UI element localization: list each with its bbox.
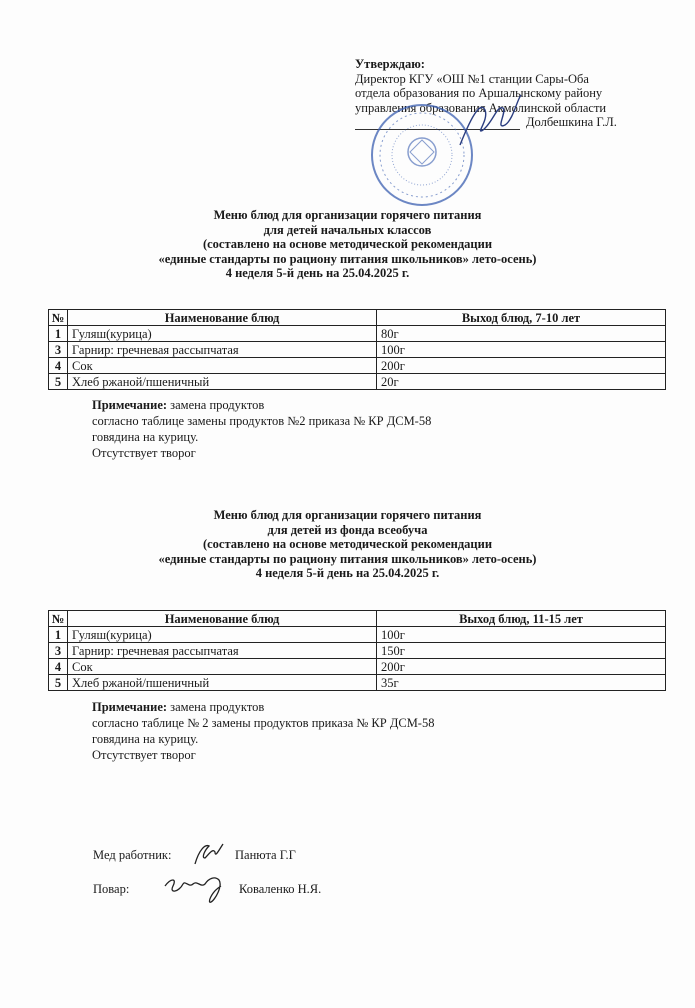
medic-signature-row: Мед работник: Панюта Г.Г: [93, 840, 296, 870]
cook-signature-row: Повар: Коваленко Н.Я.: [93, 872, 321, 906]
table-row: 5 Хлеб ржаной/пшеничный 35г: [49, 675, 666, 691]
dish-output: 100г: [377, 342, 666, 358]
dish-name: Гуляш(курица): [68, 627, 377, 643]
row-number: 1: [49, 627, 68, 643]
medic-name: Панюта Г.Г: [235, 848, 296, 862]
approval-title: Утверждаю:: [355, 57, 645, 72]
row-number: 1: [49, 326, 68, 342]
table-header-row: № Наименование блюд Выход блюд, 7-10 лет: [49, 310, 666, 326]
medic-signature-icon: [191, 840, 227, 870]
heading-line: Меню блюд для организации горячего питан…: [0, 208, 695, 223]
note-line: согласно таблице № 2 замены продуктов пр…: [92, 715, 434, 731]
column-header-dish: Наименование блюд: [68, 310, 377, 326]
note-text: замена продуктов: [167, 398, 264, 412]
dish-output: 20г: [377, 374, 666, 390]
cook-signature-icon: [161, 872, 231, 906]
menu1-table: № Наименование блюд Выход блюд, 7-10 лет…: [48, 309, 666, 390]
table-row: 3 Гарнир: гречневая рассыпчатая 150г: [49, 643, 666, 659]
table-row: 1 Гуляш(курица) 80г: [49, 326, 666, 342]
menu2-note: Примечание: замена продуктов согласно та…: [92, 699, 434, 763]
dish-output: 80г: [377, 326, 666, 342]
column-header-output: Выход блюд, 7-10 лет: [377, 310, 666, 326]
director-name: Долбешкина Г.Л.: [526, 115, 617, 130]
heading-line: 4 неделя 5-й день на 25.04.2025 г.: [0, 266, 695, 281]
note-line: говядина на курицу.: [92, 731, 434, 747]
note-text: замена продуктов: [167, 700, 264, 714]
heading-line: для детей начальных классов: [0, 223, 695, 238]
heading-line: для детей из фонда всеобуча: [0, 523, 695, 538]
row-number: 4: [49, 659, 68, 675]
row-number: 3: [49, 643, 68, 659]
row-number: 4: [49, 358, 68, 374]
note-label: Примечание:: [92, 700, 167, 714]
menu1-heading: Меню блюд для организации горячего питан…: [0, 208, 695, 281]
dish-name: Гуляш(курица): [68, 326, 377, 342]
note-line: согласно таблице замены продуктов №2 при…: [92, 413, 431, 429]
heading-line: (составлено на основе методической реком…: [0, 237, 695, 252]
dish-name: Гарнир: гречневая рассыпчатая: [68, 643, 377, 659]
approval-line: Директор КГУ «ОШ №1 станции Сары-Оба: [355, 72, 645, 87]
cook-role: Повар:: [93, 882, 161, 896]
dish-name: Сок: [68, 659, 377, 675]
row-number: 5: [49, 374, 68, 390]
column-header-output: Выход блюд, 11-15 лет: [377, 611, 666, 627]
dish-name: Хлеб ржаной/пшеничный: [68, 675, 377, 691]
table-row: 1 Гуляш(курица) 100г: [49, 627, 666, 643]
director-signature-icon: [455, 90, 525, 150]
heading-line: «единые стандарты по рациону питания шко…: [0, 552, 695, 567]
column-header-number: №: [49, 310, 68, 326]
menu2-table: № Наименование блюд Выход блюд, 11-15 ле…: [48, 610, 666, 691]
dish-output: 35г: [377, 675, 666, 691]
cook-name: Коваленко Н.Я.: [239, 882, 321, 896]
heading-line: 4 неделя 5-й день на 25.04.2025 г.: [0, 566, 695, 581]
column-header-number: №: [49, 611, 68, 627]
dish-name: Гарнир: гречневая рассыпчатая: [68, 342, 377, 358]
table-row: 5 Хлеб ржаной/пшеничный 20г: [49, 374, 666, 390]
dish-output: 200г: [377, 358, 666, 374]
row-number: 3: [49, 342, 68, 358]
note-line: говядина на курицу.: [92, 429, 431, 445]
dish-output: 100г: [377, 627, 666, 643]
heading-line: (составлено на основе методической реком…: [0, 537, 695, 552]
table-row: 4 Сок 200г: [49, 659, 666, 675]
column-header-dish: Наименование блюд: [68, 611, 377, 627]
dish-output: 200г: [377, 659, 666, 675]
note-label: Примечание:: [92, 398, 167, 412]
menu1-note: Примечание: замена продуктов согласно та…: [92, 397, 431, 461]
medic-role: Мед работник:: [93, 848, 191, 862]
heading-line: Меню блюд для организации горячего питан…: [0, 508, 695, 523]
note-line: Отсутствует творог: [92, 445, 431, 461]
dish-output: 150г: [377, 643, 666, 659]
row-number: 5: [49, 675, 68, 691]
note-line: Отсутствует творог: [92, 747, 434, 763]
heading-line: «единые стандарты по рациону питания шко…: [0, 252, 695, 267]
table-row: 3 Гарнир: гречневая рассыпчатая 100г: [49, 342, 666, 358]
dish-name: Сок: [68, 358, 377, 374]
menu2-heading: Меню блюд для организации горячего питан…: [0, 508, 695, 581]
dish-name: Хлеб ржаной/пшеничный: [68, 374, 377, 390]
table-row: 4 Сок 200г: [49, 358, 666, 374]
table-header-row: № Наименование блюд Выход блюд, 11-15 ле…: [49, 611, 666, 627]
